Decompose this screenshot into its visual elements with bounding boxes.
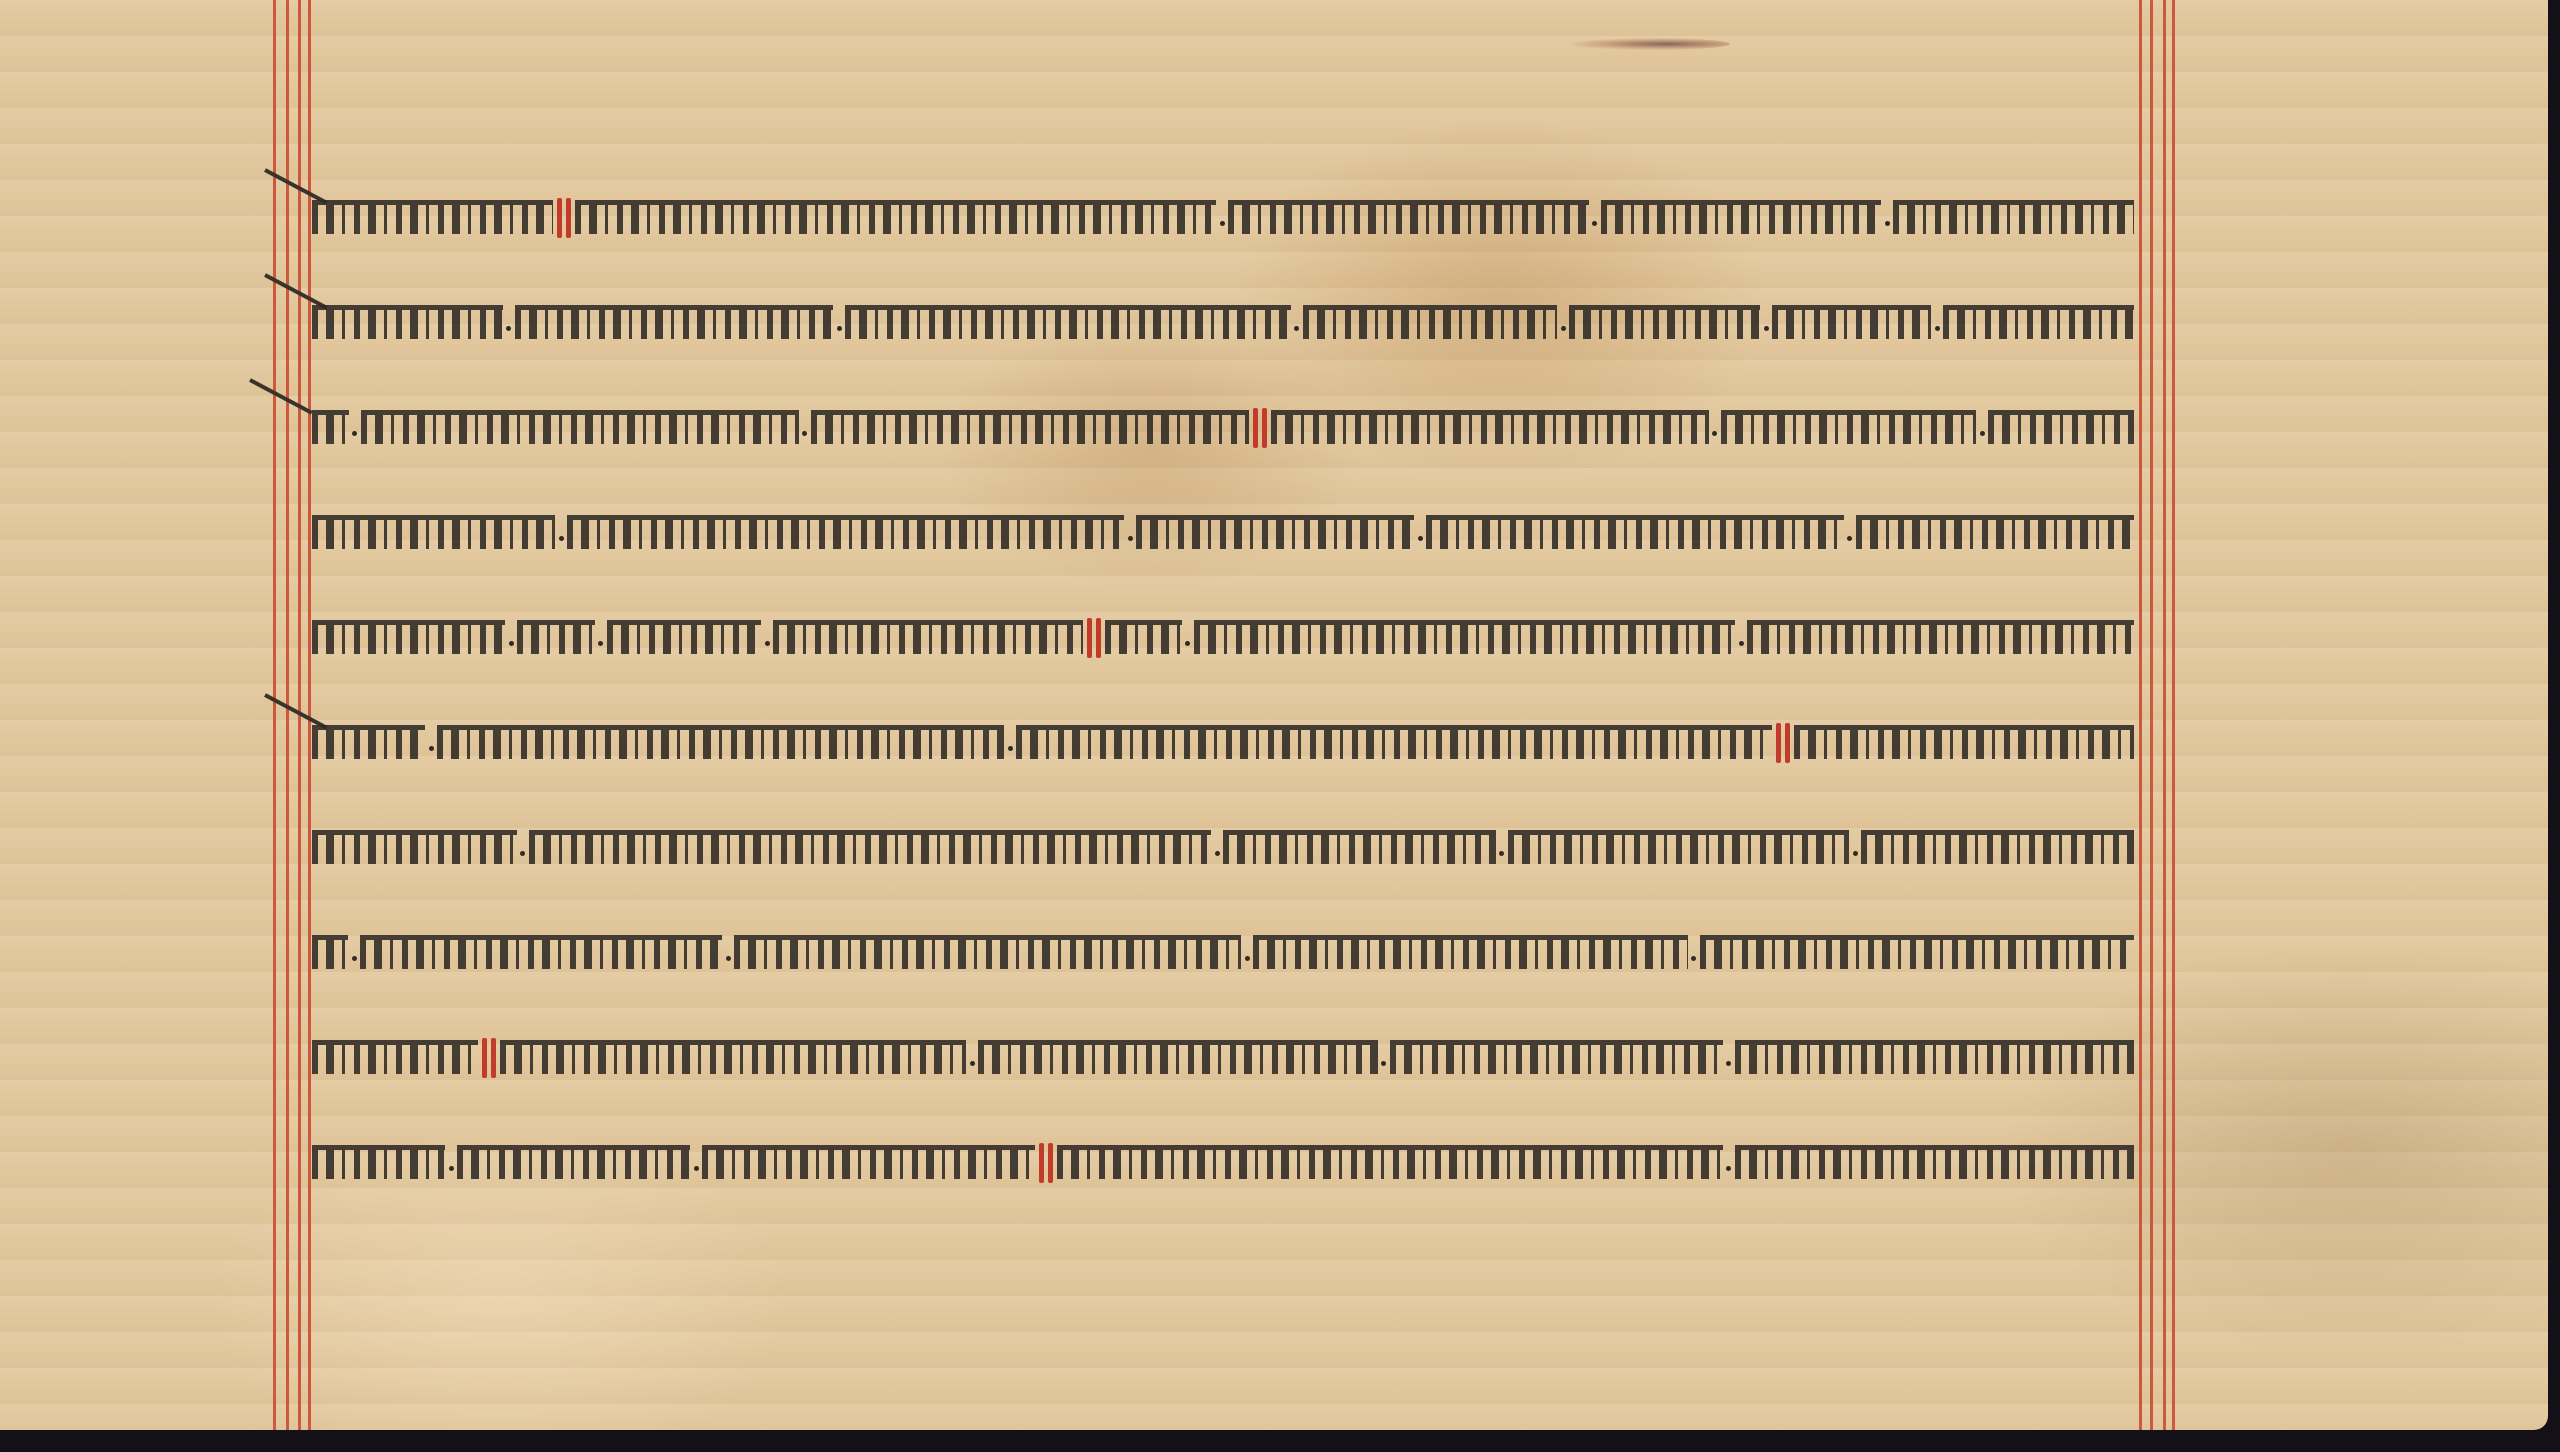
script-word-group bbox=[607, 608, 762, 668]
script-word-group bbox=[312, 398, 349, 458]
punctuation-dot bbox=[1849, 818, 1861, 878]
script-word-group bbox=[312, 503, 555, 563]
script-word-group bbox=[361, 398, 799, 458]
script-word-group bbox=[457, 1133, 690, 1193]
punctuation-dot bbox=[799, 398, 811, 458]
script-word-group bbox=[312, 713, 425, 773]
punctuation-dot bbox=[1378, 1028, 1390, 1088]
manuscript-line bbox=[312, 598, 2134, 678]
margin-rule bbox=[286, 0, 289, 1430]
margin-rule bbox=[273, 0, 276, 1430]
script-word-group bbox=[845, 293, 1290, 353]
script-word-group bbox=[529, 818, 1211, 878]
punctuation-dot bbox=[1004, 713, 1016, 773]
manuscript-text-block bbox=[312, 0, 2134, 1430]
punctuation-dot bbox=[966, 1028, 978, 1088]
script-word-group bbox=[360, 923, 722, 983]
punctuation-dot bbox=[1881, 188, 1893, 248]
punctuation-dot bbox=[1723, 1028, 1735, 1088]
punctuation-dot bbox=[425, 713, 437, 773]
script-word-group bbox=[1253, 923, 1687, 983]
punctuation-dot bbox=[595, 608, 607, 668]
punctuation-dot bbox=[348, 923, 360, 983]
punctuation-dot bbox=[1496, 818, 1508, 878]
script-word-group bbox=[1794, 713, 2134, 773]
script-word-group bbox=[312, 1028, 478, 1088]
punctuation-dot bbox=[1124, 503, 1136, 563]
red-double-danda bbox=[553, 188, 575, 248]
margin-rule bbox=[2150, 0, 2153, 1430]
punctuation-dot bbox=[1216, 188, 1228, 248]
script-word-group bbox=[437, 713, 1004, 773]
script-word-group bbox=[1700, 923, 2134, 983]
script-word-group bbox=[1861, 818, 2134, 878]
script-word-group bbox=[1735, 1028, 2134, 1088]
red-double-danda bbox=[1772, 713, 1794, 773]
script-word-group bbox=[312, 293, 503, 353]
margin-rule bbox=[2163, 0, 2166, 1430]
script-word-group bbox=[1426, 503, 1843, 563]
manuscript-line bbox=[312, 808, 2134, 888]
punctuation-dot bbox=[349, 398, 361, 458]
punctuation-dot bbox=[555, 503, 567, 563]
manuscript-line bbox=[312, 1123, 2134, 1203]
punctuation-dot bbox=[1844, 503, 1856, 563]
script-word-group bbox=[312, 923, 348, 983]
script-word-group bbox=[575, 188, 1216, 248]
script-word-group bbox=[312, 188, 553, 248]
script-word-group bbox=[500, 1028, 966, 1088]
script-word-group bbox=[1569, 293, 1760, 353]
punctuation-dot bbox=[1931, 293, 1943, 353]
red-double-danda bbox=[478, 1028, 500, 1088]
punctuation-dot bbox=[1723, 1133, 1735, 1193]
punctuation-dot bbox=[1241, 923, 1253, 983]
punctuation-dot bbox=[1976, 398, 1988, 458]
script-word-group bbox=[1057, 1133, 1723, 1193]
margin-rule bbox=[2139, 0, 2142, 1430]
punctuation-dot bbox=[690, 1133, 702, 1193]
script-word-group bbox=[312, 1133, 445, 1193]
script-word-group bbox=[1105, 608, 1182, 668]
punctuation-dot bbox=[1735, 608, 1747, 668]
punctuation-dot bbox=[1182, 608, 1194, 668]
punctuation-dot bbox=[722, 923, 734, 983]
red-double-danda bbox=[1035, 1133, 1057, 1193]
script-word-group bbox=[1747, 608, 2134, 668]
punctuation-dot bbox=[1760, 293, 1772, 353]
punctuation-dot bbox=[1589, 188, 1601, 248]
manuscript-line bbox=[312, 178, 2134, 258]
script-word-group bbox=[567, 503, 1124, 563]
script-word-group bbox=[1016, 713, 1772, 773]
punctuation-dot bbox=[1557, 293, 1569, 353]
script-word-group bbox=[773, 608, 1082, 668]
punctuation-dot bbox=[1211, 818, 1223, 878]
manuscript-line bbox=[312, 283, 2134, 363]
script-word-group bbox=[1303, 293, 1558, 353]
script-word-group bbox=[978, 1028, 1377, 1088]
script-word-group bbox=[1893, 188, 2134, 248]
punctuation-dot bbox=[517, 818, 529, 878]
script-word-group bbox=[1601, 188, 1882, 248]
manuscript-line bbox=[312, 913, 2134, 993]
script-word-group bbox=[1194, 608, 1735, 668]
punctuation-dot bbox=[1291, 293, 1303, 353]
line-marker-stroke bbox=[249, 378, 313, 414]
script-word-group bbox=[1735, 1133, 2134, 1193]
script-word-group bbox=[1721, 398, 1977, 458]
script-word-group bbox=[312, 608, 505, 668]
script-word-group bbox=[1772, 293, 1931, 353]
script-word-group bbox=[312, 818, 517, 878]
punctuation-dot bbox=[505, 608, 517, 668]
script-word-group bbox=[515, 293, 833, 353]
manuscript-line bbox=[312, 493, 2134, 573]
punctuation-dot bbox=[503, 293, 515, 353]
script-word-group bbox=[1271, 398, 1709, 458]
margin-rule bbox=[2172, 0, 2175, 1430]
punctuation-dot bbox=[1709, 398, 1721, 458]
manuscript-line bbox=[312, 1018, 2134, 1098]
manuscript-folio bbox=[0, 0, 2548, 1430]
punctuation-dot bbox=[445, 1133, 457, 1193]
punctuation-dot bbox=[833, 293, 845, 353]
red-double-danda bbox=[1249, 398, 1271, 458]
script-word-group bbox=[702, 1133, 1035, 1193]
script-word-group bbox=[1856, 503, 2134, 563]
script-word-group bbox=[1943, 293, 2134, 353]
punctuation-dot bbox=[1688, 923, 1700, 983]
script-word-group bbox=[1390, 1028, 1723, 1088]
script-word-group bbox=[811, 398, 1249, 458]
script-word-group bbox=[517, 608, 594, 668]
manuscript-line bbox=[312, 388, 2134, 468]
script-word-group bbox=[1988, 398, 2134, 458]
script-word-group bbox=[1508, 818, 1849, 878]
script-word-group bbox=[734, 923, 1241, 983]
punctuation-dot bbox=[1414, 503, 1426, 563]
script-word-group bbox=[1136, 503, 1414, 563]
red-double-danda bbox=[1083, 608, 1105, 668]
script-word-group bbox=[1228, 188, 1589, 248]
manuscript-line bbox=[312, 703, 2134, 783]
punctuation-dot bbox=[761, 608, 773, 668]
script-word-group bbox=[1223, 818, 1496, 878]
